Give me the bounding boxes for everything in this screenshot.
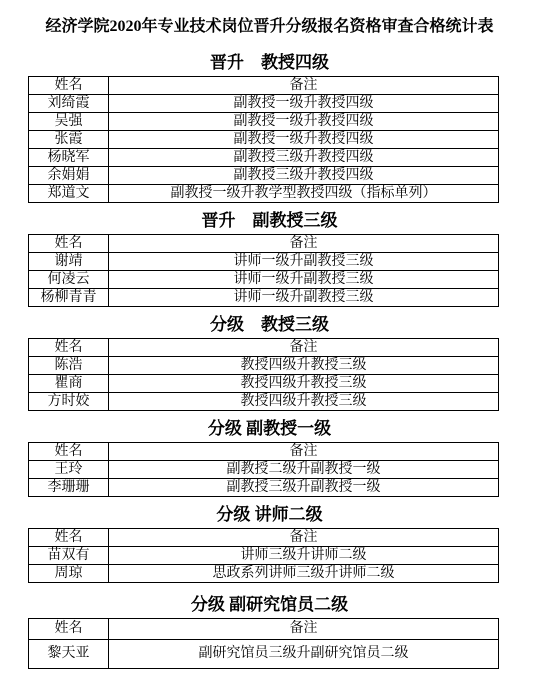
table-header-row: 姓名 备注 bbox=[29, 443, 499, 461]
table-row: 陈浩 教授四级升教授三级 bbox=[29, 357, 499, 375]
name-cell: 黎天亚 bbox=[29, 640, 109, 669]
column-header-name: 姓名 bbox=[29, 235, 109, 253]
note-cell: 副教授一级升教授四级 bbox=[109, 131, 499, 149]
table-row: 王玲 副教授二级升副教授一级 bbox=[29, 461, 499, 479]
promotion-table: 姓名 备注 谢靖 讲师一级升副教授三级 何凌云 讲师一级升副教授三级 杨柳青青 … bbox=[28, 234, 499, 307]
note-cell: 副研究馆员三级升副研究馆员二级 bbox=[109, 640, 499, 669]
section-grading-assoc-professor-1: 分级 副教授一级 姓名 备注 王玲 副教授二级升副教授一级 李珊珊 副教授三级升… bbox=[0, 419, 539, 497]
promotion-table: 姓名 备注 陈浩 教授四级升教授三级 瞿商 教授四级升教授三级 方时姣 教授四级… bbox=[28, 338, 499, 411]
column-header-note: 备注 bbox=[109, 529, 499, 547]
note-cell: 副教授三级升副教授一级 bbox=[109, 479, 499, 497]
section-promotion-assoc-professor-3: 晋升 副教授三级 姓名 备注 谢靖 讲师一级升副教授三级 何凌云 讲师一级升副教… bbox=[0, 211, 539, 307]
table-header-row: 姓名 备注 bbox=[29, 77, 499, 95]
promotion-table: 姓名 备注 刘绮霞 副教授一级升教授四级 吴强 副教授一级升教授四级 张霞 副教… bbox=[28, 76, 499, 203]
note-cell: 副教授一级升教授四级 bbox=[109, 95, 499, 113]
note-cell: 讲师三级升讲师二级 bbox=[109, 547, 499, 565]
promotion-table: 姓名 备注 王玲 副教授二级升副教授一级 李珊珊 副教授三级升副教授一级 bbox=[28, 442, 499, 497]
name-cell: 李珊珊 bbox=[29, 479, 109, 497]
column-header-note: 备注 bbox=[109, 77, 499, 95]
name-cell: 方时姣 bbox=[29, 393, 109, 411]
section-heading: 分级 讲师二级 bbox=[0, 505, 539, 525]
column-header-note: 备注 bbox=[109, 443, 499, 461]
name-cell: 周琼 bbox=[29, 565, 109, 583]
note-cell: 教授四级升教授三级 bbox=[109, 393, 499, 411]
column-header-name: 姓名 bbox=[29, 443, 109, 461]
promotion-table: 姓名 备注 黎天亚 副研究馆员三级升副研究馆员二级 bbox=[28, 618, 499, 669]
table-row: 杨晓军 副教授三级升教授四级 bbox=[29, 149, 499, 167]
table-header-row: 姓名 备注 bbox=[29, 235, 499, 253]
name-cell: 何凌云 bbox=[29, 271, 109, 289]
table-row: 吴强 副教授一级升教授四级 bbox=[29, 113, 499, 131]
table-header-row: 姓名 备注 bbox=[29, 619, 499, 640]
section-heading: 分级 副教授一级 bbox=[0, 419, 539, 439]
table-row: 黎天亚 副研究馆员三级升副研究馆员二级 bbox=[29, 640, 499, 669]
name-cell: 苗双有 bbox=[29, 547, 109, 565]
table-row: 李珊珊 副教授三级升副教授一级 bbox=[29, 479, 499, 497]
promotion-table: 姓名 备注 苗双有 讲师三级升讲师二级 周琼 思政系列讲师三级升讲师二级 bbox=[28, 528, 499, 583]
column-header-name: 姓名 bbox=[29, 77, 109, 95]
column-header-name: 姓名 bbox=[29, 619, 109, 640]
table-row: 周琼 思政系列讲师三级升讲师二级 bbox=[29, 565, 499, 583]
table-row: 张霞 副教授一级升教授四级 bbox=[29, 131, 499, 149]
name-cell: 谢靖 bbox=[29, 253, 109, 271]
name-cell: 吴强 bbox=[29, 113, 109, 131]
document-title: 经济学院2020年专业技术岗位晋升分级报名资格审查合格统计表 bbox=[0, 16, 539, 38]
note-cell: 副教授二级升副教授一级 bbox=[109, 461, 499, 479]
note-cell: 副教授一级升教授四级 bbox=[109, 113, 499, 131]
table-row: 谢靖 讲师一级升副教授三级 bbox=[29, 253, 499, 271]
table-row: 余娟娟 副教授三级升教授四级 bbox=[29, 167, 499, 185]
table-row: 刘绮霞 副教授一级升教授四级 bbox=[29, 95, 499, 113]
note-cell: 副教授三级升教授四级 bbox=[109, 149, 499, 167]
name-cell: 张霞 bbox=[29, 131, 109, 149]
table-row: 杨柳青青 讲师一级升副教授三级 bbox=[29, 289, 499, 307]
note-cell: 讲师一级升副教授三级 bbox=[109, 289, 499, 307]
note-cell: 教授四级升教授三级 bbox=[109, 357, 499, 375]
note-cell: 教授四级升教授三级 bbox=[109, 375, 499, 393]
column-header-name: 姓名 bbox=[29, 529, 109, 547]
name-cell: 王玲 bbox=[29, 461, 109, 479]
section-heading: 晋升 副教授三级 bbox=[0, 211, 539, 231]
name-cell: 陈浩 bbox=[29, 357, 109, 375]
column-header-name: 姓名 bbox=[29, 339, 109, 357]
note-cell: 副教授三级升教授四级 bbox=[109, 167, 499, 185]
note-cell: 思政系列讲师三级升讲师二级 bbox=[109, 565, 499, 583]
section-promotion-professor-4: 晋升 教授四级 姓名 备注 刘绮霞 副教授一级升教授四级 吴强 副教授一级升教授… bbox=[0, 53, 539, 203]
section-heading: 分级 副研究馆员二级 bbox=[0, 595, 539, 615]
table-row: 方时姣 教授四级升教授三级 bbox=[29, 393, 499, 411]
note-cell: 副教授一级升教学型教授四级（指标单列） bbox=[109, 185, 499, 203]
column-header-note: 备注 bbox=[109, 235, 499, 253]
name-cell: 杨柳青青 bbox=[29, 289, 109, 307]
section-grading-lecturer-2: 分级 讲师二级 姓名 备注 苗双有 讲师三级升讲师二级 周琼 思政系列讲师三级升… bbox=[0, 505, 539, 583]
section-grading-professor-3: 分级 教授三级 姓名 备注 陈浩 教授四级升教授三级 瞿商 教授四级升教授三级 … bbox=[0, 315, 539, 411]
table-header-row: 姓名 备注 bbox=[29, 529, 499, 547]
section-heading: 晋升 教授四级 bbox=[0, 53, 539, 73]
section-heading: 分级 教授三级 bbox=[0, 315, 539, 335]
name-cell: 瞿商 bbox=[29, 375, 109, 393]
note-cell: 讲师一级升副教授三级 bbox=[109, 253, 499, 271]
table-row: 何凌云 讲师一级升副教授三级 bbox=[29, 271, 499, 289]
name-cell: 余娟娟 bbox=[29, 167, 109, 185]
table-header-row: 姓名 备注 bbox=[29, 339, 499, 357]
section-grading-assoc-librarian-2: 分级 副研究馆员二级 姓名 备注 黎天亚 副研究馆员三级升副研究馆员二级 bbox=[0, 595, 539, 669]
column-header-note: 备注 bbox=[109, 339, 499, 357]
name-cell: 郑道文 bbox=[29, 185, 109, 203]
table-row: 瞿商 教授四级升教授三级 bbox=[29, 375, 499, 393]
column-header-note: 备注 bbox=[109, 619, 499, 640]
name-cell: 杨晓军 bbox=[29, 149, 109, 167]
note-cell: 讲师一级升副教授三级 bbox=[109, 271, 499, 289]
name-cell: 刘绮霞 bbox=[29, 95, 109, 113]
table-row: 苗双有 讲师三级升讲师二级 bbox=[29, 547, 499, 565]
table-row: 郑道文 副教授一级升教学型教授四级（指标单列） bbox=[29, 185, 499, 203]
document-page: 经济学院2020年专业技术岗位晋升分级报名资格审查合格统计表 晋升 教授四级 姓… bbox=[0, 0, 539, 694]
